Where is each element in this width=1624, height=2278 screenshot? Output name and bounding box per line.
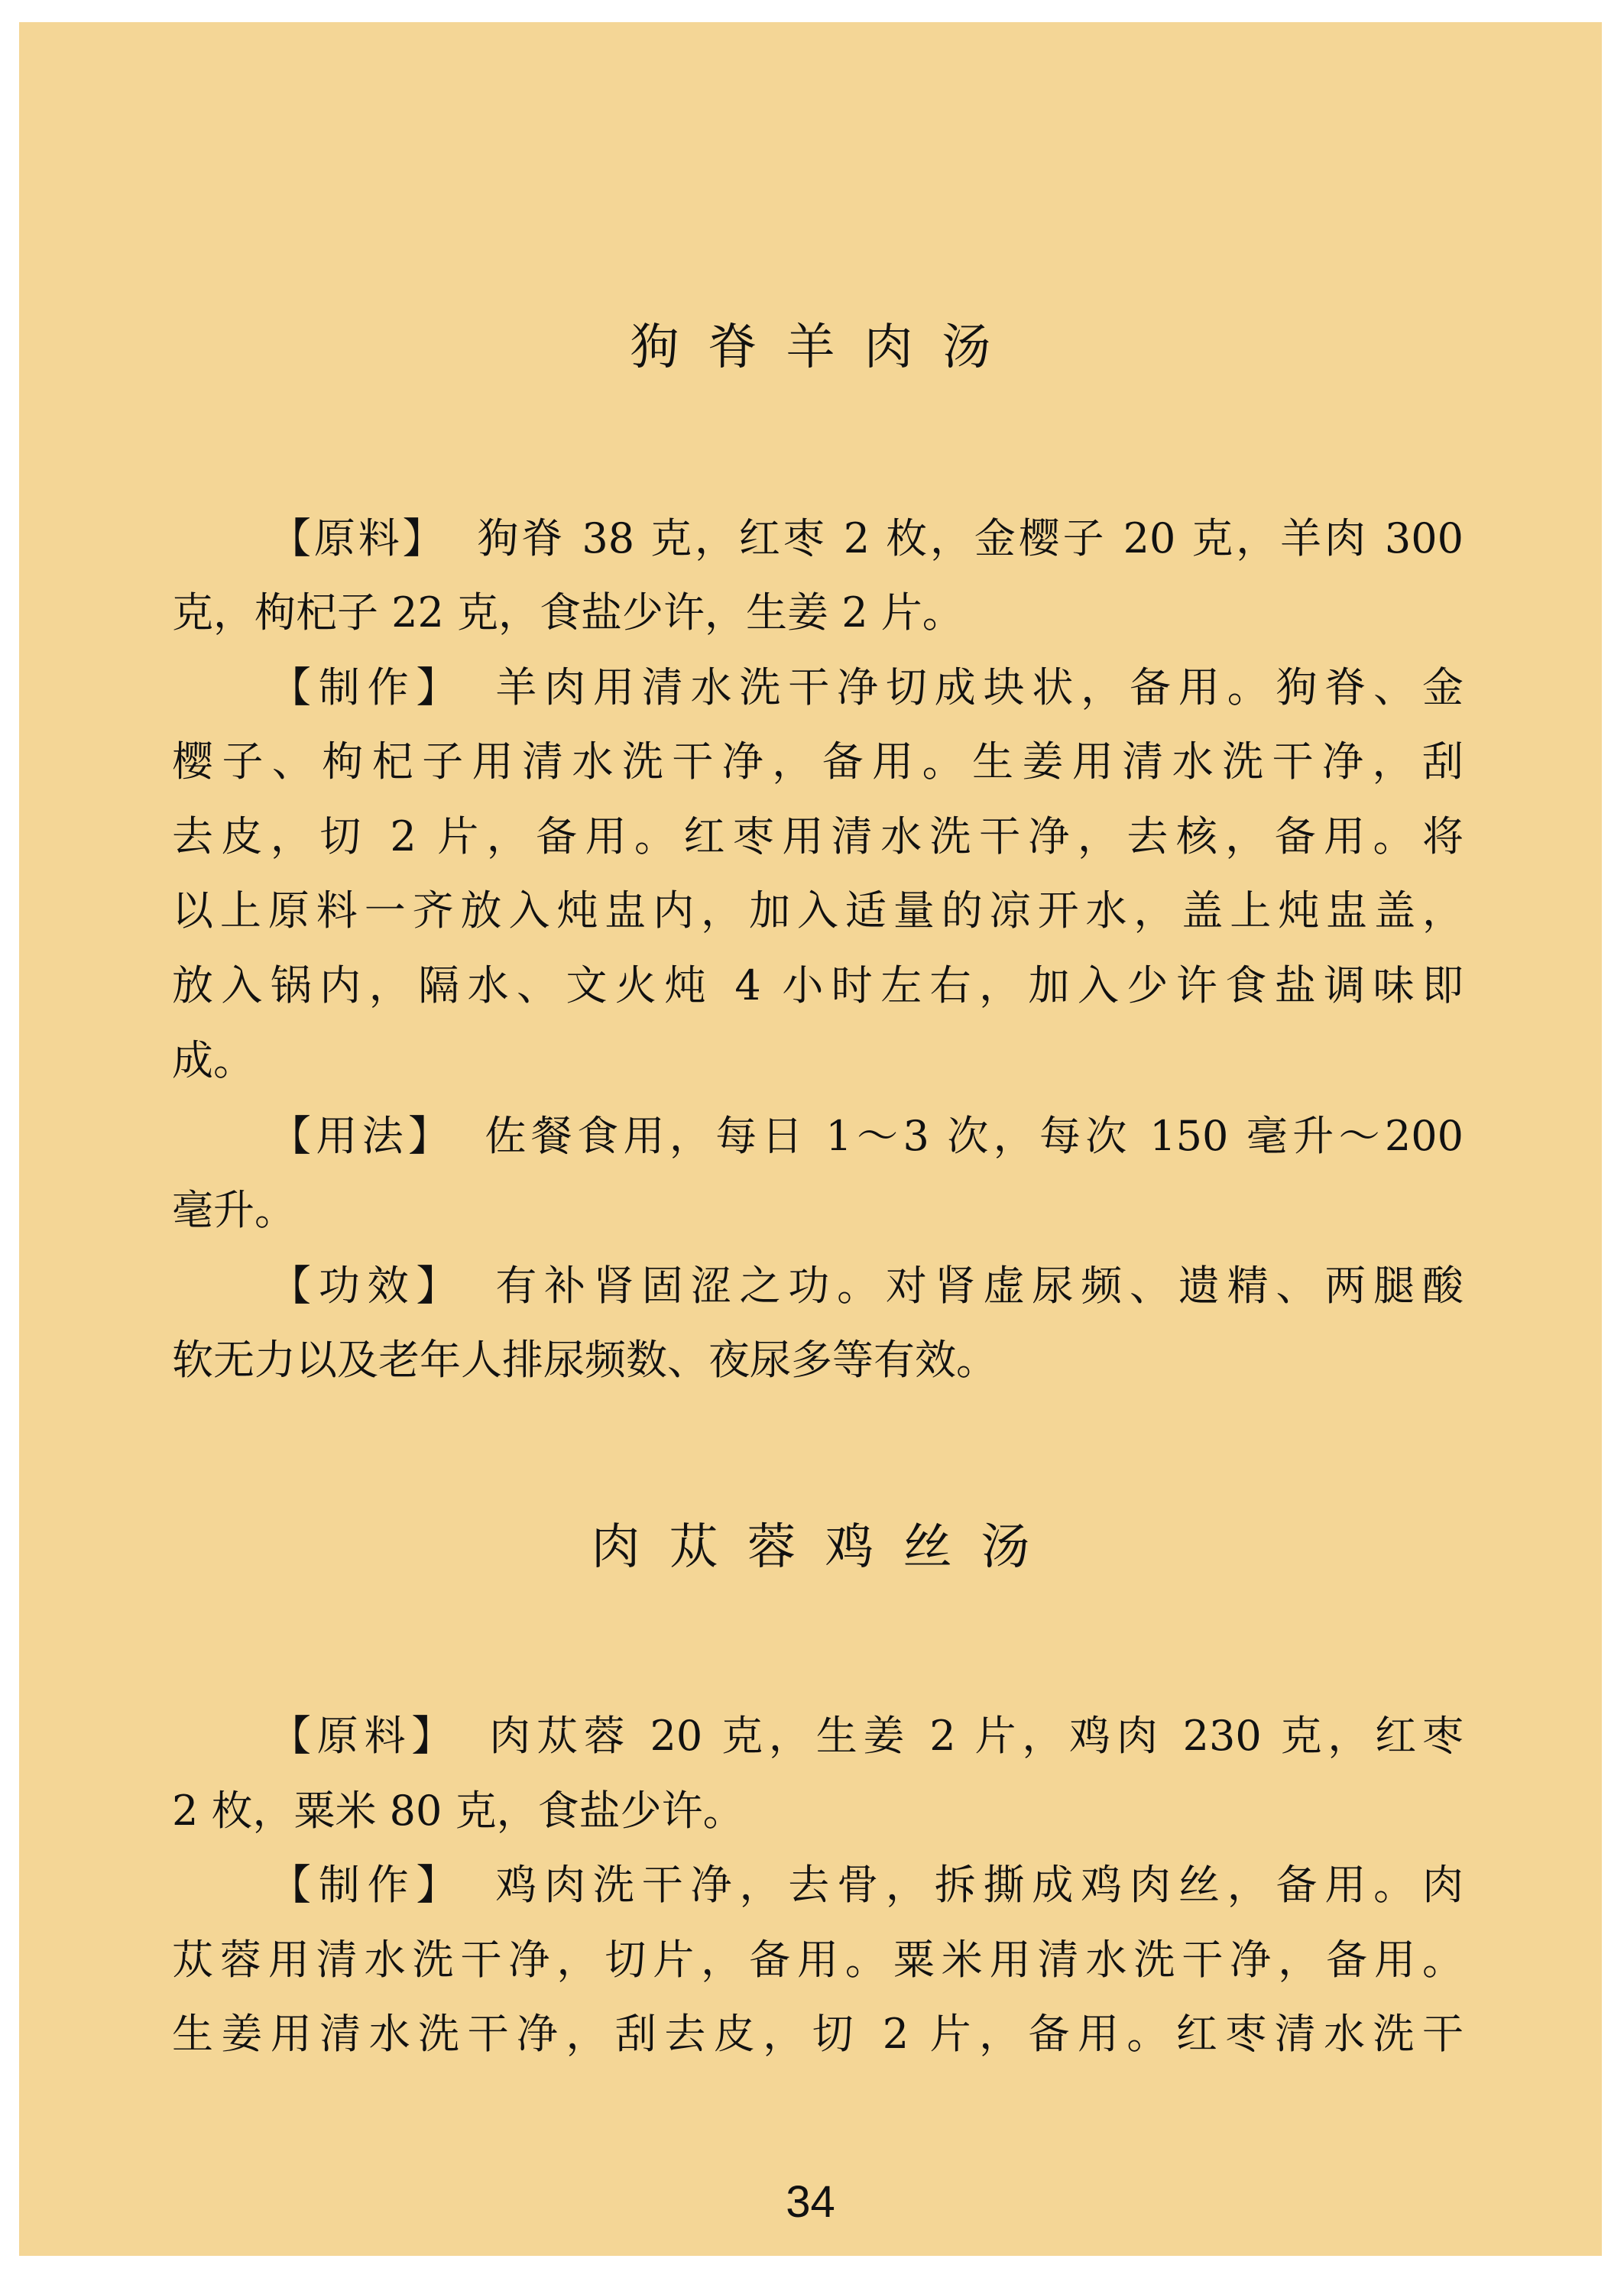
book-page: 狗脊羊肉汤 【原料】狗脊 38 克，红枣 2 枚，金樱子 20 克，羊肉 300… [19,22,1602,2256]
section-label-preparation: 【制作】 [270,1861,465,1909]
preparation-line: 【制作】羊肉用清水洗干净切成块状，备用。狗脊、金 [270,657,1464,718]
preparation-line: 苁蓉用清水洗干净，切片，备用。粟米用清水洗干净，备用。 [172,1930,1464,1991]
ingredients-line: 【原料】肉苁蓉 20 克，生姜 2 片，鸡肉 230 克，红枣 [270,1706,1464,1767]
usage-line: 【用法】佐餐食用，每日 1～3 次，每次 150 毫升～200 [270,1106,1464,1167]
preparation-line: 【制作】鸡肉洗干净，去骨，拆撕成鸡肉丝，备用。肉 [270,1855,1464,1916]
ingredients-line: 2 枚，粟米 80 克，食盐少许。 [172,1781,1464,1842]
recipe-title: 肉苁蓉鸡丝汤 [19,1517,1602,1578]
efficacy-line: 【功效】有补肾固涩之功。对肾虚尿频、遗精、两腿酸 [270,1256,1464,1317]
preparation-line: 生姜用清水洗干净，刮去皮，切 2 片，备用。红枣清水洗干 [172,2004,1464,2065]
section-label-preparation: 【制作】 [270,663,465,711]
recipe-title: 狗脊羊肉汤 [19,317,1602,378]
ingredients-line: 克，枸杞子 22 克，食盐少许，生姜 2 片。 [172,582,1464,643]
efficacy-line: 软无力以及老年人排尿频数、夜尿多等有效。 [172,1330,1464,1391]
page-number: 34 [19,2176,1602,2229]
section-label-usage: 【用法】 [270,1112,454,1160]
preparation-line: 放入锅内，隔水、文火炖 4 小时左右，加入少许食盐调味即 [172,955,1464,1016]
preparation-line: 樱子、枸杞子用清水洗干净，备用。生姜用清水洗干净，刮 [172,731,1464,792]
preparation-line: 成。 [172,1030,1464,1091]
usage-line: 毫升。 [172,1180,1464,1241]
preparation-line: 去皮，切 2 片，备用。红枣用清水洗干净，去核，备用。将 [172,806,1464,867]
preparation-line: 以上原料一齐放入炖盅内，加入适量的凉开水，盖上炖盅盖， [172,880,1464,941]
section-label-ingredients: 【原料】 [270,514,447,562]
ingredients-line: 【原料】狗脊 38 克，红枣 2 枚，金樱子 20 克，羊肉 300 [270,508,1464,569]
section-label-efficacy: 【功效】 [270,1262,465,1310]
section-label-ingredients: 【原料】 [270,1712,459,1760]
